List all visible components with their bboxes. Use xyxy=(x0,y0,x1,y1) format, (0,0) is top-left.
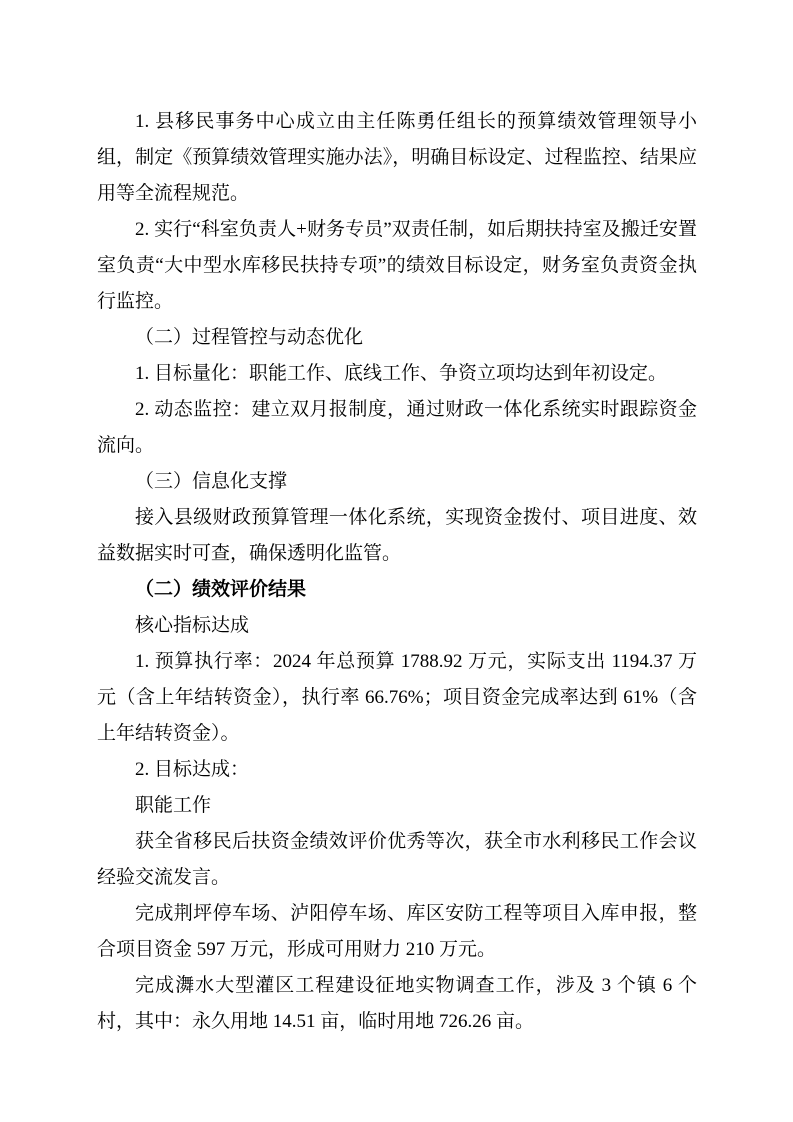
paragraph-dynamic-monitoring: 2. 动态监控：建立双月报制度，通过财政一体化系统实时跟踪资金流向。 xyxy=(97,392,697,464)
subheading-process-control: （二）过程管控与动态优化 xyxy=(97,320,697,356)
paragraph-leadership-group: 1. 县移民事务中心成立由主任陈勇任组长的预算绩效管理领导小组，制定《预算绩效管… xyxy=(97,104,697,212)
paragraph-dual-responsibility: 2. 实行“科室负责人+财务专员”双责任制，如后期扶持室及搬迁安置室负责“大中型… xyxy=(97,212,697,320)
heading-performance-evaluation-results: （二）绩效评价结果 xyxy=(97,572,697,608)
paragraph-goal-quantification: 1. 目标量化：职能工作、底线工作、争资立项均达到年初设定。 xyxy=(97,356,697,392)
paragraph-project-declaration: 完成荆坪停车场、泸阳停车场、库区安防工程等项目入库申报，整合项目资金 597 万… xyxy=(97,896,697,968)
subheading-goal-achievement: 2. 目标达成： xyxy=(97,752,697,788)
subheading-functional-work: 职能工作 xyxy=(97,788,697,824)
paragraph-provincial-evaluation: 获全省移民后扶资金绩效评价优秀等次，获全市水利移民工作会议经验交流发言。 xyxy=(97,824,697,896)
document-page: 1. 县移民事务中心成立由主任陈勇任组长的预算绩效管理领导小组，制定《预算绩效管… xyxy=(0,0,793,1122)
subheading-informatization-support: （三）信息化支撑 xyxy=(97,464,697,500)
paragraph-irrigation-survey: 完成㵲水大型灌区工程建设征地实物调查工作，涉及 3 个镇 6 个村，其中：永久用… xyxy=(97,968,697,1040)
paragraph-integrated-system: 接入县级财政预算管理一体化系统，实现资金拨付、项目进度、效益数据实时可查，确保透… xyxy=(97,500,697,572)
subheading-core-indicators: 核心指标达成 xyxy=(97,608,697,644)
paragraph-budget-execution-rate: 1. 预算执行率：2024 年总预算 1788.92 万元，实际支出 1194.… xyxy=(97,644,697,752)
